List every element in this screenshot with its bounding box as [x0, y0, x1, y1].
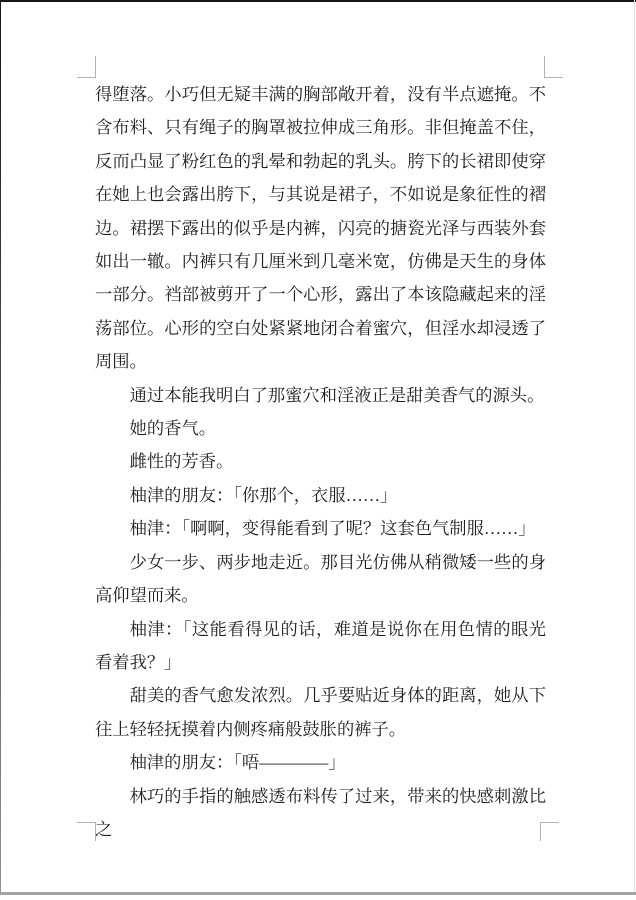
page-left-edge	[0, 0, 1, 893]
crop-mark-top-right-icon	[544, 56, 563, 78]
paragraph: 柚津：「啊啊，变得能看到了呢？这套色气制服……」	[95, 512, 546, 545]
document-page: 得堕落。小巧但无疑丰满的胸部敞开着，没有半点遮掩。不含布料、只有绳子的胸罩被拉伸…	[0, 0, 636, 900]
paragraph: 甜美的香气愈发浓烈。几乎要贴近身体的距离，她从下往上轻轻抚摸着内侧疼痛般鼓胀的裤…	[95, 679, 546, 746]
paragraph: 少女一步、两步地走近。那目光仿佛从稍微矮一些的身高仰望而来。	[95, 546, 546, 613]
crop-mark-bottom-left-icon	[77, 822, 96, 841]
paragraph: 她的香气。	[95, 412, 546, 445]
paragraph: 通过本能我明白了那蜜穴和淫液正是甜美香气的源头。	[95, 379, 546, 412]
crop-mark-top-left-icon	[77, 56, 96, 78]
paragraph: 得堕落。小巧但无疑丰满的胸部敞开着，没有半点遮掩。不含布料、只有绳子的胸罩被拉伸…	[95, 78, 546, 379]
paragraph: 雌性的芳香。	[95, 445, 546, 478]
paragraph: 柚津的朋友：「唔————」	[95, 746, 546, 779]
page-top-edge	[0, 0, 636, 2]
page-bottom-edge	[0, 892, 636, 895]
paragraph: 柚津的朋友：「你那个，衣服……」	[95, 479, 546, 512]
paragraph: 林巧的手指的触感透布料传了过来，带来的快感刺激比之	[95, 780, 546, 847]
paragraph: 柚津：「这能看得见的话，难道是说你在用色情的眼光看着我？」	[95, 613, 546, 680]
page-right-edge	[634, 0, 635, 893]
text-area: 得堕落。小巧但无疑丰满的胸部敞开着，没有半点遮掩。不含布料、只有绳子的胸罩被拉伸…	[95, 78, 546, 846]
